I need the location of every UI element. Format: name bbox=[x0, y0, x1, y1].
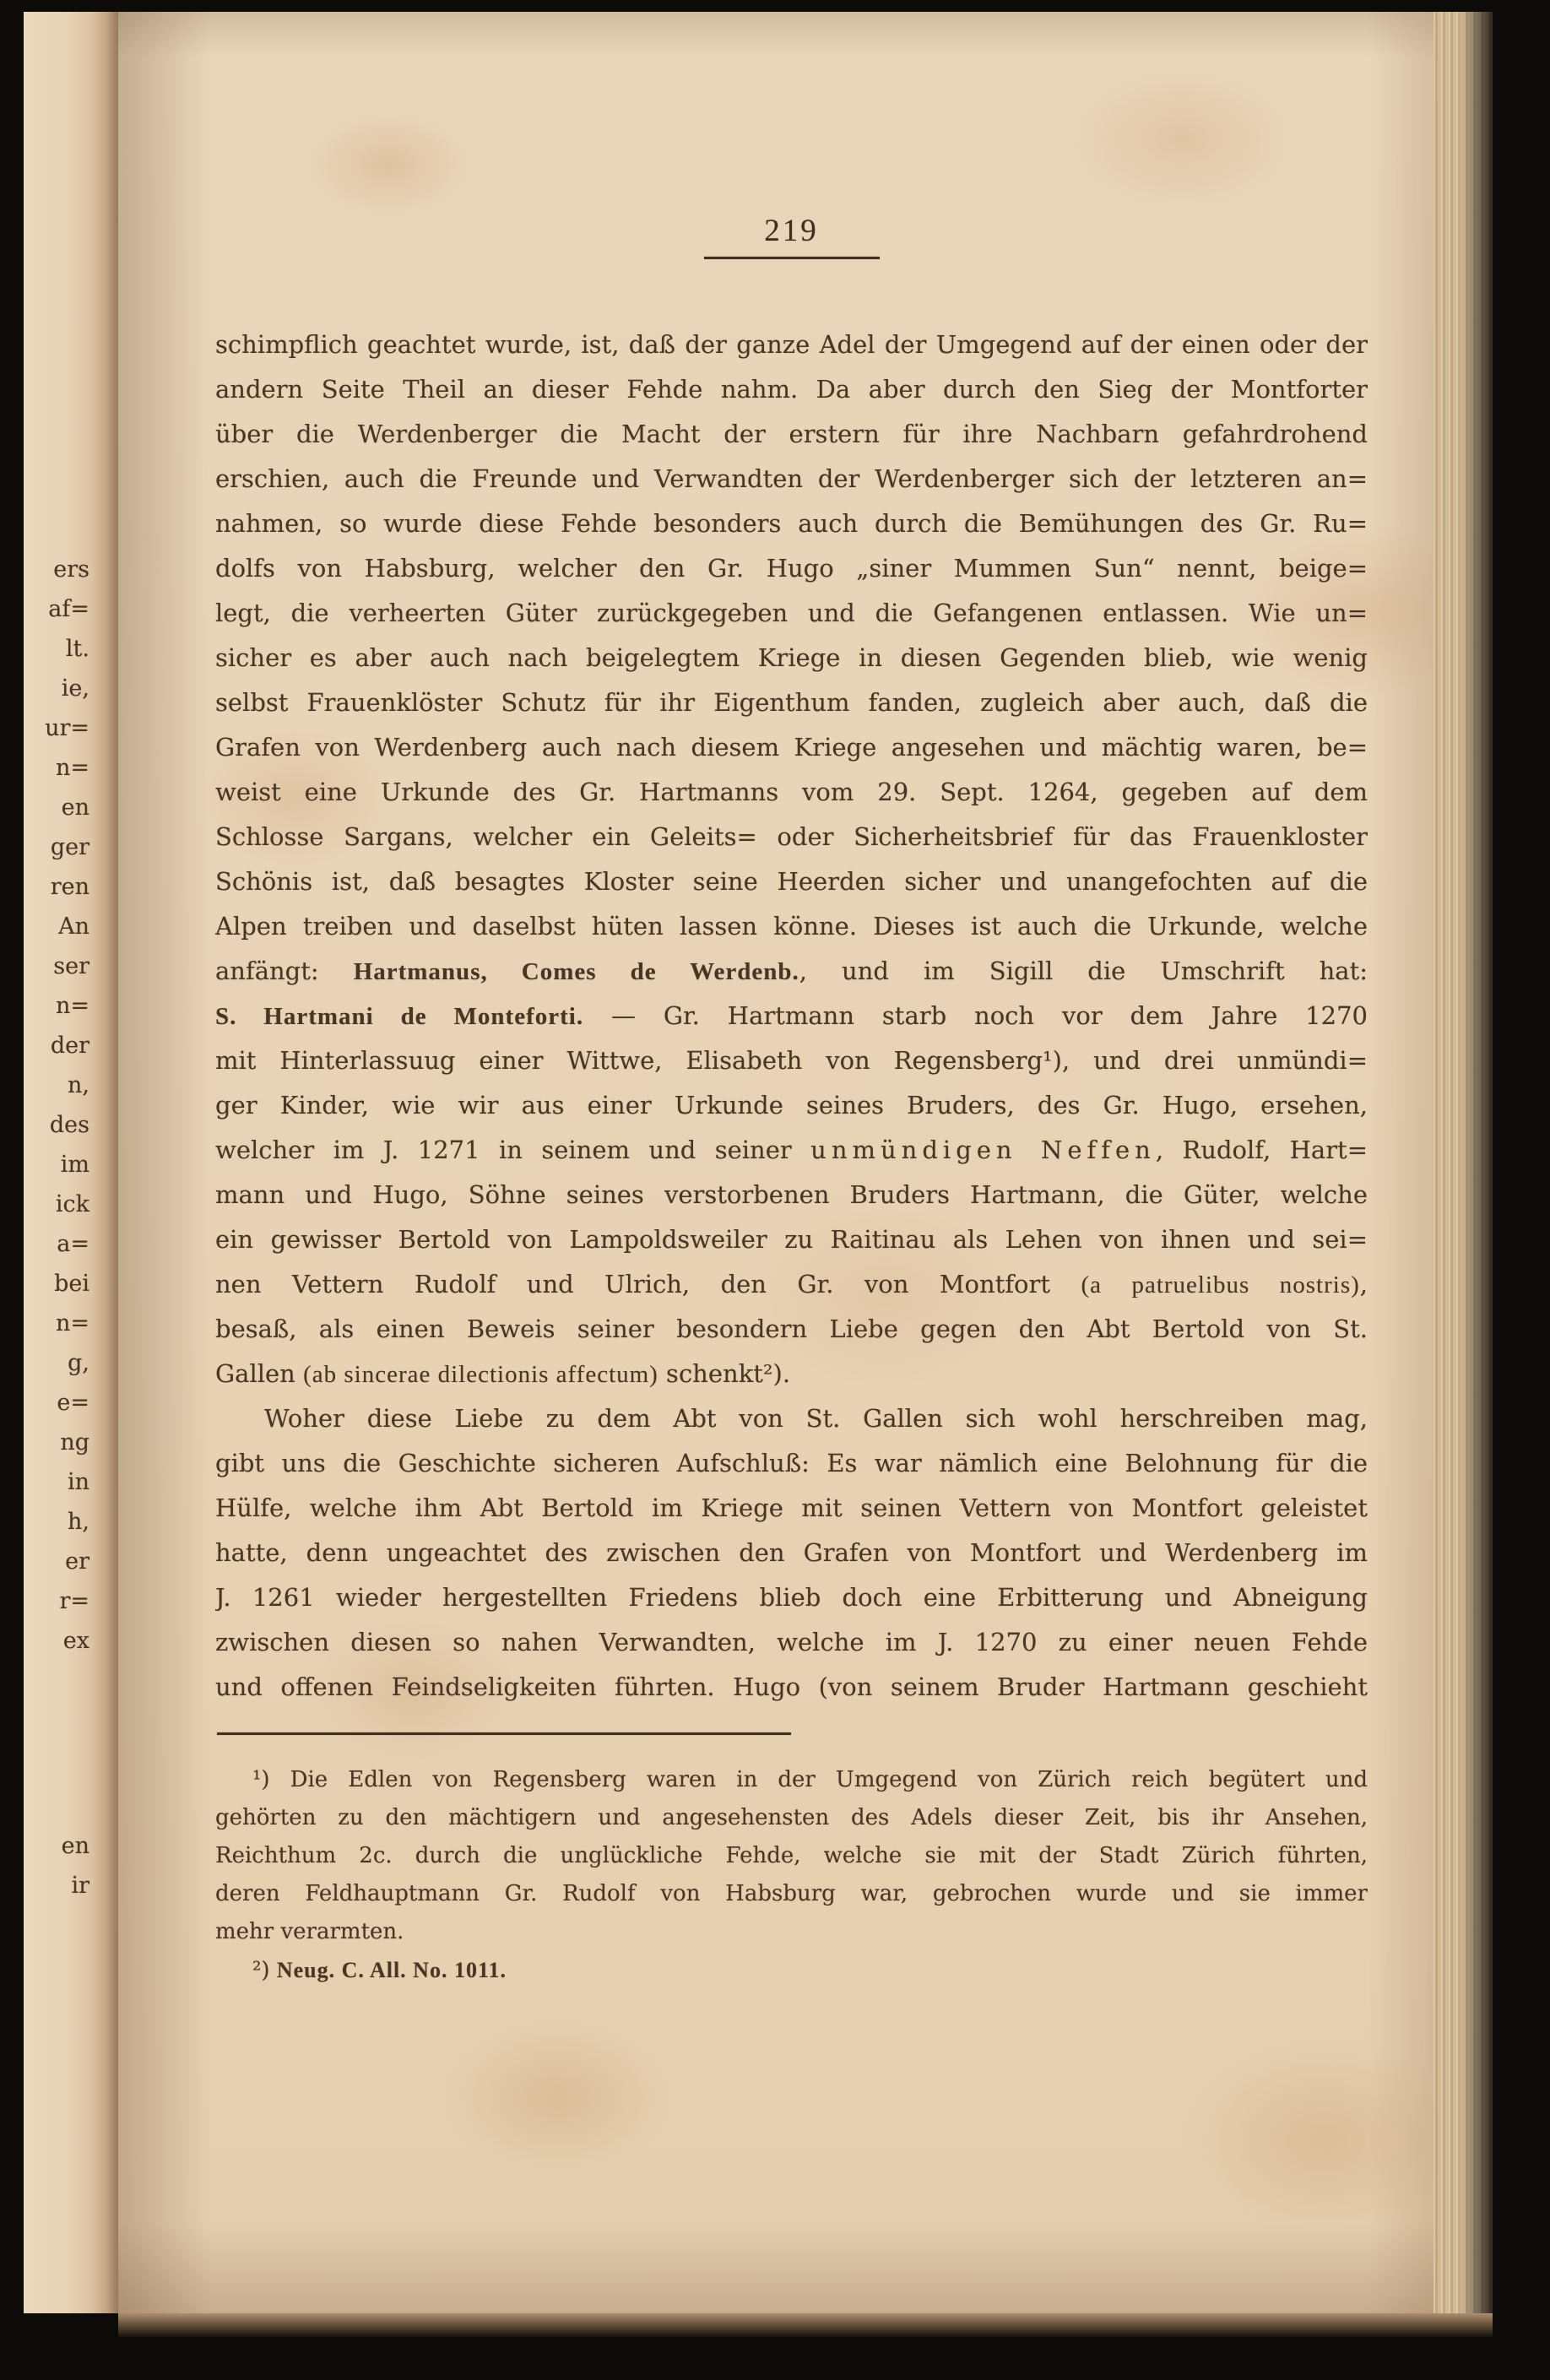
paragraph: Woher diese Liebe zu dem Abt von St. Gal… bbox=[215, 1396, 1368, 1710]
text-line: weist eine Urkunde des Gr. Hartmanns vom… bbox=[215, 770, 1368, 815]
text-line: ger Kinder, wie wir aus einer Urkunde se… bbox=[215, 1083, 1368, 1128]
text-line: ein gewisser Bertold von Lampoldsweiler … bbox=[215, 1217, 1368, 1262]
margin-fragment: ur= bbox=[45, 716, 89, 741]
text-line: erschien, auch die Freunde und Verwandte… bbox=[215, 457, 1368, 501]
page-stack-bottom bbox=[118, 2313, 1493, 2337]
paragraph: schimpflich geachtet wurde, ist, daß der… bbox=[215, 323, 1368, 1396]
text-line: schimpflich geachtet wurde, ist, daß der… bbox=[215, 323, 1368, 367]
page-header: 219 bbox=[215, 213, 1368, 259]
footnote-separator bbox=[217, 1732, 791, 1735]
text-line: andern Seite Theil an dieser Fehde nahm.… bbox=[215, 367, 1368, 412]
margin-fragment: n= bbox=[56, 756, 89, 781]
page-number: 219 bbox=[215, 213, 1368, 249]
margin-fragment: des bbox=[50, 1113, 89, 1138]
text-line: Gallen (ab sincerae dilectionis affectum… bbox=[215, 1352, 1368, 1396]
latin-text: (a patruelibus nostris) bbox=[1081, 1271, 1359, 1298]
text-line: nen Vettern Rudolf und Ulrich, den Gr. v… bbox=[215, 1262, 1368, 1307]
margin-fragment: bei bbox=[54, 1271, 89, 1297]
body-text: schimpflich geachtet wurde, ist, daß der… bbox=[215, 323, 1368, 1710]
text-line: hatte, denn ungeachtet des zwischen den … bbox=[215, 1531, 1368, 1575]
text-line: S. Hartmani de Monteforti. — Gr. Hartman… bbox=[215, 994, 1368, 1038]
footnote-line: Reichthum 2c. durch die unglückliche Feh… bbox=[215, 1837, 1368, 1875]
text-line: gibt uns die Geschichte sicheren Aufschl… bbox=[215, 1441, 1368, 1486]
margin-fragment: n= bbox=[56, 1311, 89, 1336]
margin-fragment: g, bbox=[68, 1351, 89, 1376]
text-line: welcher im J. 1271 in seinem und seiner … bbox=[215, 1128, 1368, 1173]
margin-fragment: n= bbox=[56, 994, 89, 1019]
footnote-line: ¹) Die Edlen von Regensberg waren in der… bbox=[215, 1761, 1368, 1799]
text-line: Hülfe, welche ihm Abt Bertold im Kriege … bbox=[215, 1486, 1368, 1531]
latin-text: S. Hartmani de Monteforti. bbox=[215, 1003, 583, 1030]
margin-fragment: in bbox=[68, 1470, 89, 1495]
margin-fragment: h, bbox=[68, 1510, 89, 1535]
footnote: ¹) Die Edlen von Regensberg waren in der… bbox=[215, 1761, 1368, 1951]
latin-text: Neug. C. All. No. 1011. bbox=[277, 1958, 507, 1982]
margin-fragment: lt. bbox=[66, 637, 89, 662]
text-line: und offenen Feindseligkeiten führten. Hu… bbox=[215, 1665, 1368, 1710]
margin-fragment: ick bbox=[56, 1192, 89, 1217]
page-content: 219 schimpflich geachtet wurde, ist, daß… bbox=[215, 0, 1368, 2380]
page-number-rule bbox=[704, 257, 880, 259]
text-line: Woher diese Liebe zu dem Abt von St. Gal… bbox=[215, 1396, 1368, 1441]
facing-page-edge: ersaf=lt.ie,ur=n=engerrenAnsern=dern,des… bbox=[24, 12, 118, 2313]
margin-fragment: af= bbox=[48, 597, 89, 622]
margin-fragment: n, bbox=[68, 1073, 89, 1098]
text-line: mann und Hugo, Söhne seines verstorbenen… bbox=[215, 1173, 1368, 1217]
text-line: selbst Frauenklöster Schutz für ihr Eige… bbox=[215, 680, 1368, 725]
margin-fragment: a= bbox=[57, 1232, 89, 1257]
margin-fragment: ren bbox=[51, 875, 89, 900]
text-line: besaß, als einen Beweis seiner besondern… bbox=[215, 1307, 1368, 1352]
footnote-line: deren Feldhauptmann Gr. Rudolf von Habsb… bbox=[215, 1875, 1368, 1913]
text-line: Schlosse Sargans, welcher ein Geleits= o… bbox=[215, 815, 1368, 859]
text-line: Schönis ist, daß besagtes Kloster seine … bbox=[215, 859, 1368, 904]
text-line: dolfs von Habsburg, welcher den Gr. Hugo… bbox=[215, 546, 1368, 591]
text-line: nahmen, so wurde diese Fehde besonders a… bbox=[215, 501, 1368, 546]
margin-fragment: im bbox=[61, 1152, 89, 1178]
letterspaced-text: unmündigen Neffen bbox=[810, 1136, 1156, 1164]
margin-fragment: ng bbox=[60, 1430, 89, 1456]
margin-fragment: ie, bbox=[62, 676, 89, 702]
footnotes: ¹) Die Edlen von Regensberg waren in der… bbox=[215, 1761, 1368, 1989]
footnote-line: mehr verarmten. bbox=[215, 1913, 1368, 1951]
text-line: zwischen diesen so nahen Verwandten, wel… bbox=[215, 1620, 1368, 1665]
text-line: Grafen von Werdenberg auch nach diesem K… bbox=[215, 725, 1368, 770]
page-stack-edge bbox=[1433, 12, 1493, 2313]
text-line: mit Hinterlassuug einer Wittwe, Elisabet… bbox=[215, 1038, 1368, 1083]
text-line: legt, die verheerten Güter zurückgegeben… bbox=[215, 591, 1368, 636]
text-line: Alpen treiben und daselbst hüten lassen … bbox=[215, 904, 1368, 949]
margin-fragment: ger bbox=[51, 835, 89, 860]
margin-fragment: ser bbox=[53, 954, 89, 979]
text-line: über die Werdenberger die Macht der erst… bbox=[215, 412, 1368, 457]
margin-fragment: r= bbox=[59, 1589, 89, 1614]
margin-fragment: An bbox=[58, 914, 89, 940]
book-scan: ersaf=lt.ie,ur=n=engerrenAnsern=dern,des… bbox=[0, 0, 1550, 2380]
margin-fragment: ir bbox=[71, 1873, 89, 1899]
margin-fragment: en bbox=[62, 1834, 89, 1859]
margin-fragment: ers bbox=[53, 557, 89, 583]
margin-fragment: en bbox=[62, 795, 89, 821]
margin-fragment: der bbox=[51, 1033, 89, 1059]
footnote-line: gehörten zu den mächtigern und angesehen… bbox=[215, 1799, 1368, 1837]
margin-fragment: e= bbox=[57, 1391, 89, 1416]
latin-text: (ab sincerae dilectionis affectum) bbox=[303, 1361, 658, 1388]
footnote: ²) Neug. C. All. No. 1011. bbox=[215, 1951, 1368, 1989]
margin-fragment: er bbox=[65, 1549, 89, 1575]
latin-text: Hartmanus, Comes de Werdenb. bbox=[354, 958, 799, 985]
footnote-line: ²) Neug. C. All. No. 1011. bbox=[215, 1951, 1368, 1989]
text-line: anfängt: Hartmanus, Comes de Werdenb., u… bbox=[215, 949, 1368, 994]
margin-fragment: ex bbox=[63, 1629, 89, 1654]
text-line: sicher es aber auch nach beigelegtem Kri… bbox=[215, 636, 1368, 680]
text-line: J. 1261 wieder hergestellten Friedens bl… bbox=[215, 1575, 1368, 1620]
